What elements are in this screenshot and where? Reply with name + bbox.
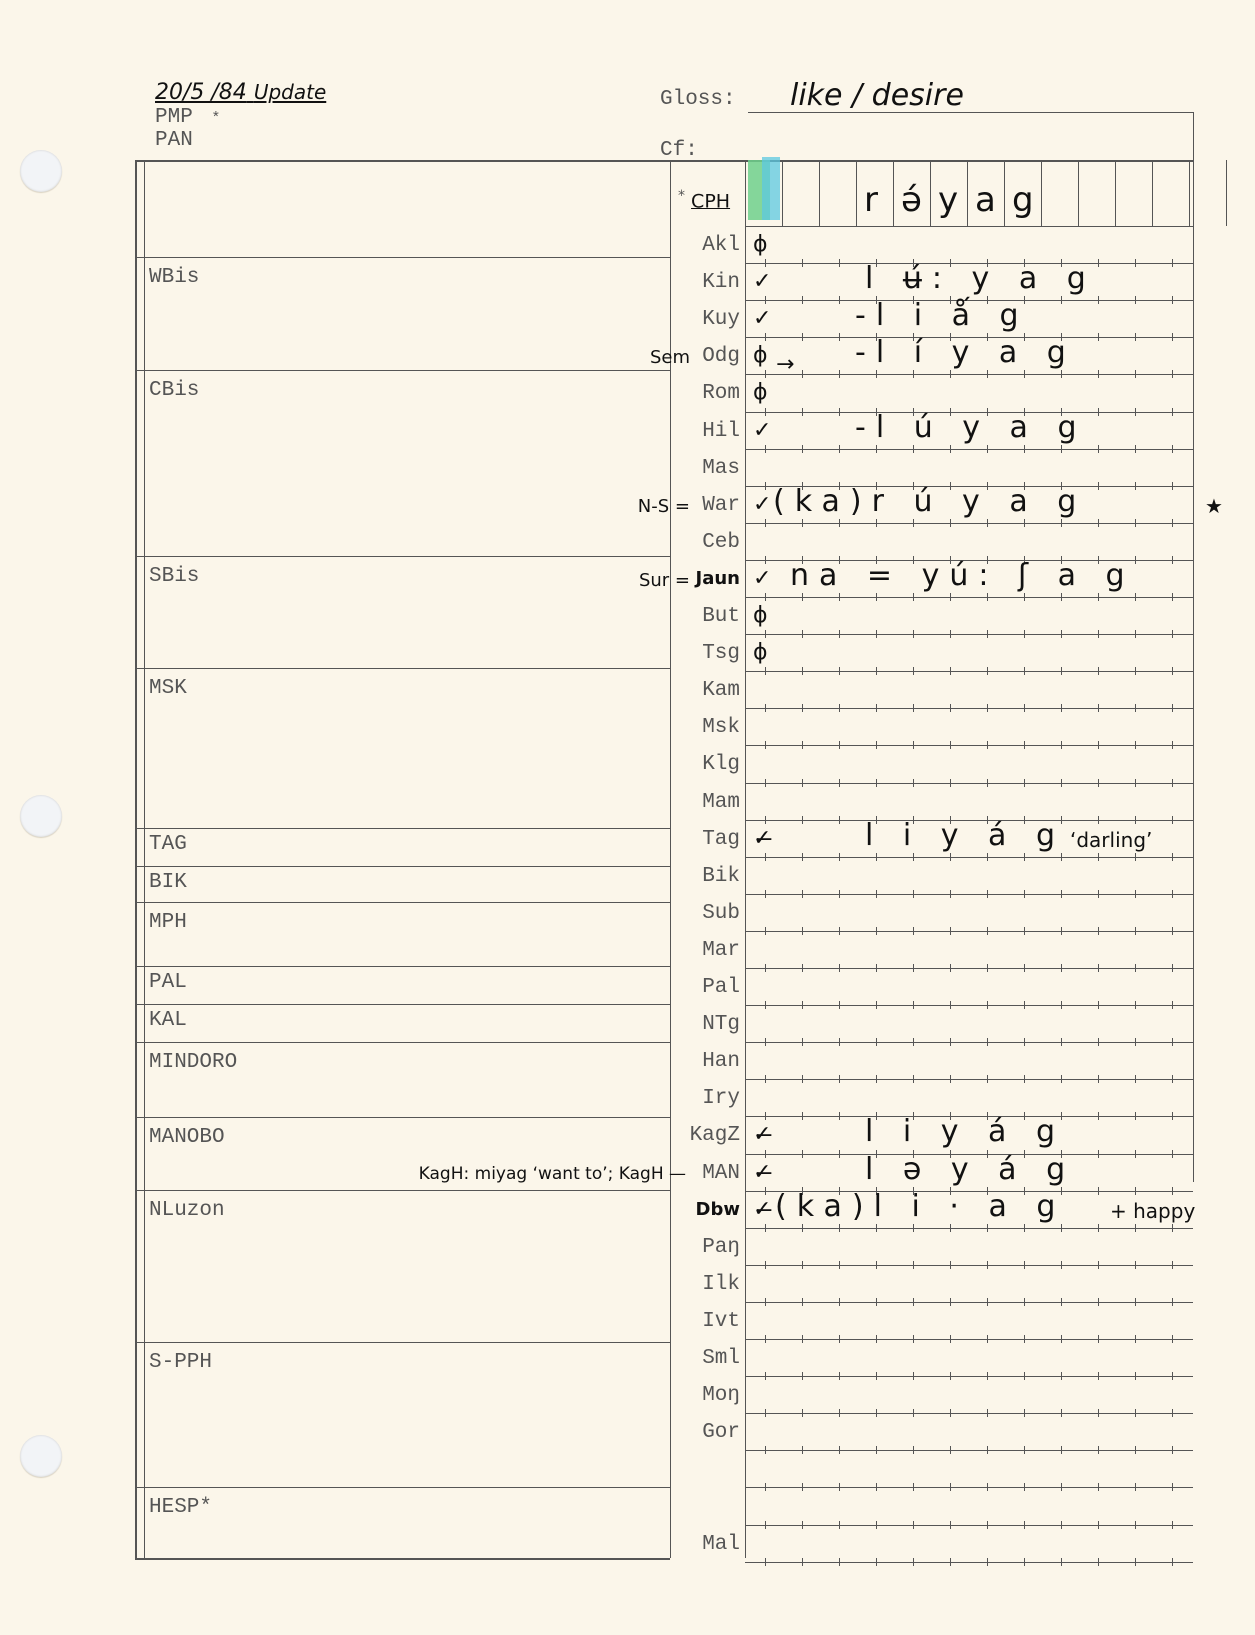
group-divider (135, 902, 670, 903)
reflex-form: l i y á g (865, 1114, 1065, 1149)
reconstruction-letter: g (1012, 180, 1034, 220)
reconstruction-letter: r (864, 180, 878, 220)
absent-mark-icon: ϕ (753, 380, 768, 405)
grid-cell-divider (930, 160, 931, 226)
group-divider (135, 866, 670, 867)
reflex-form: (ka)l i · a g (775, 1189, 1065, 1224)
group-divider (135, 1487, 670, 1488)
reflex-form: na = yú: ʃ a g (790, 558, 1135, 593)
language-code: Ivt (688, 1310, 740, 1333)
reflex-form: -l í y a g (855, 335, 1076, 370)
language-row (670, 1007, 1193, 1044)
language-code: Iry (688, 1087, 740, 1110)
language-code: Sml (688, 1347, 740, 1370)
check-mark-icon: ✓ (753, 306, 771, 331)
language-code: Pal (688, 976, 740, 999)
group-label: NLuzon (149, 1199, 225, 1222)
grid-cell-divider (1078, 160, 1079, 226)
language-code: KagZ (688, 1124, 740, 1147)
language-code: Mas (688, 457, 740, 480)
language-row (670, 376, 1193, 413)
language-code: Bik (688, 865, 740, 888)
gloss-label: Gloss: (660, 88, 736, 111)
update-note: Update (254, 80, 326, 104)
language-row (670, 525, 1193, 562)
language-row (670, 1304, 1193, 1341)
language-row (670, 599, 1193, 636)
reflex-form: -l i ǻ g (855, 298, 1029, 333)
language-row (670, 1341, 1193, 1378)
language-code: Akl (688, 234, 740, 257)
group-divider (135, 1342, 670, 1343)
language-code: Dbw (688, 1199, 740, 1220)
grid-cell-divider (1226, 160, 1227, 226)
absent-mark-icon: ϕ (753, 232, 768, 257)
reconstruction-label: * CPH (678, 188, 730, 212)
group-label: MANOBO (149, 1126, 225, 1149)
absent-mark-icon: ϕ (753, 640, 768, 665)
group-label: HESP* (149, 1496, 212, 1519)
check-mark-icon: ✓ (753, 269, 771, 294)
grid-cell-divider (819, 160, 820, 226)
grid-cell-divider (782, 160, 783, 226)
group-label: SBis (149, 565, 199, 588)
group-label: MPH (149, 911, 187, 934)
check-mark-icon: ✓̶ (753, 1197, 771, 1222)
group-divider (135, 1117, 670, 1118)
reflex-form: l ə y á g (865, 1152, 1075, 1187)
group-label: WBis (149, 266, 199, 289)
check-mark-icon: ✓̶ (753, 1160, 771, 1185)
language-row (670, 1527, 1193, 1564)
grid-cell-divider (856, 160, 857, 226)
language-code: NTg (688, 1013, 740, 1036)
language-row (670, 1081, 1193, 1118)
language-row (670, 785, 1193, 822)
language-row (670, 1415, 1193, 1452)
margin-annotation: Sur = (639, 570, 690, 591)
language-code: Mam (688, 791, 740, 814)
group-divider (135, 370, 670, 371)
star-icon: ★ (1205, 494, 1223, 518)
pmp-text: PMP (155, 106, 193, 129)
language-code: Kuy (688, 308, 740, 331)
language-row (670, 451, 1193, 488)
check-mark-icon: ✓ (753, 492, 771, 517)
frame-right (1193, 112, 1194, 1182)
group-label: BIK (149, 871, 187, 894)
pan-label: PAN (155, 129, 193, 152)
group-label: MINDORO (149, 1051, 237, 1074)
group-divider (135, 1042, 670, 1043)
language-code: Ceb (688, 531, 740, 554)
cf-label: Cf: (660, 139, 698, 162)
reconstruction-row-bottom (745, 226, 1193, 227)
language-row (670, 1452, 1193, 1489)
language-row (670, 1378, 1193, 1415)
grid-cell-divider (967, 160, 968, 226)
reconstruction-letter: y (938, 180, 958, 220)
reflex-form: l ʉ́: y a g (865, 261, 1096, 296)
language-code: Tag (688, 828, 740, 851)
grid-cell-divider (1004, 160, 1005, 226)
arrow-right-icon: → (776, 352, 794, 377)
language-row (670, 228, 1193, 265)
language-code: Mar (688, 939, 740, 962)
language-code: Moŋ (688, 1384, 740, 1407)
date-text: 20/5 /84 (155, 80, 247, 105)
language-row (670, 970, 1193, 1007)
update-date: 20/5 /84 Update (155, 80, 326, 105)
binder-hole-bottom (20, 1435, 62, 1477)
language-code: Sub (688, 902, 740, 925)
group-divider (135, 966, 670, 967)
binder-hole-top (20, 150, 62, 192)
margin-annotation: Sem (650, 347, 690, 368)
language-code: Tsg (688, 642, 740, 665)
group-divider (135, 1190, 670, 1191)
language-code: Mal (688, 1533, 740, 1556)
absent-mark-icon: ϕ (753, 603, 768, 628)
reconstruction-letter: ə́ (901, 180, 922, 220)
language-row (670, 1267, 1193, 1304)
language-code: Paŋ (688, 1236, 740, 1259)
language-row (670, 747, 1193, 784)
language-row (670, 673, 1193, 710)
language-row (670, 933, 1193, 970)
frame-bottom (135, 1558, 670, 1560)
language-code: Gor (688, 1421, 740, 1444)
check-mark-icon: ✓̶ (753, 1122, 771, 1147)
group-divider (135, 257, 670, 258)
binder-hole-middle (20, 795, 62, 837)
grid-cell-divider (1152, 160, 1153, 226)
group-label: CBis (149, 379, 199, 402)
grid-cell-divider (1115, 160, 1116, 226)
gloss-value: like / desire (790, 78, 964, 113)
language-code: War (688, 494, 740, 517)
language-code: Odg (688, 345, 740, 368)
pmp-asterisk: * (211, 110, 220, 127)
grid-cell-divider (1189, 160, 1190, 226)
group-divider (135, 556, 670, 557)
reconstruction-code: CPH (691, 190, 730, 212)
group-label: MSK (149, 677, 187, 700)
language-row (670, 1230, 1193, 1267)
group-label: TAG (149, 833, 187, 856)
reflex-form: l i y á g (865, 818, 1065, 853)
language-code: Kam (688, 679, 740, 702)
group-divider (135, 828, 670, 829)
language-row (670, 859, 1193, 896)
language-code: Han (688, 1050, 740, 1073)
grid-cell-divider (1041, 160, 1042, 226)
language-code: MAN (688, 1162, 740, 1185)
language-row (670, 710, 1193, 747)
reconstruction-asterisk: * (678, 188, 685, 204)
language-row (670, 896, 1193, 933)
language-code: Ilk (688, 1273, 740, 1296)
reflex-form: (ka)r ú y a g (773, 484, 1086, 519)
language-row (670, 1489, 1193, 1526)
margin-annotation: N-S = (638, 496, 690, 517)
check-mark-icon: ✓̶ (753, 826, 771, 851)
reflex-note: + happy (1110, 1199, 1195, 1223)
language-code: But (688, 605, 740, 628)
group-divider (135, 668, 670, 669)
group-label: PAL (149, 971, 187, 994)
reconstruction-letter: a (975, 180, 996, 220)
reflex-form: -l ú y a g (855, 410, 1087, 445)
pmp-label: PMP * (155, 106, 220, 129)
language-code: Jaun (688, 568, 740, 589)
language-code: Rom (688, 382, 740, 405)
margin-annotation: KagH: miyag ‘want to’; KagH — (419, 1164, 686, 1184)
reflex-note: ‘darling’ (1070, 828, 1152, 852)
grid-cell-divider (893, 160, 894, 226)
absent-mark-icon: ϕ (753, 343, 768, 368)
language-code: Klg (688, 753, 740, 776)
language-row (670, 636, 1193, 673)
check-mark-icon: ✓ (753, 418, 771, 443)
group-divider (135, 1004, 670, 1005)
language-code: Kin (688, 271, 740, 294)
blue-highlight (762, 157, 780, 220)
check-mark-icon: ✓ (753, 566, 771, 591)
language-code: Hil (688, 420, 740, 443)
group-label: S-PPH (149, 1351, 212, 1374)
language-code: Msk (688, 716, 740, 739)
group-label: KAL (149, 1009, 187, 1032)
language-row (670, 1044, 1193, 1081)
